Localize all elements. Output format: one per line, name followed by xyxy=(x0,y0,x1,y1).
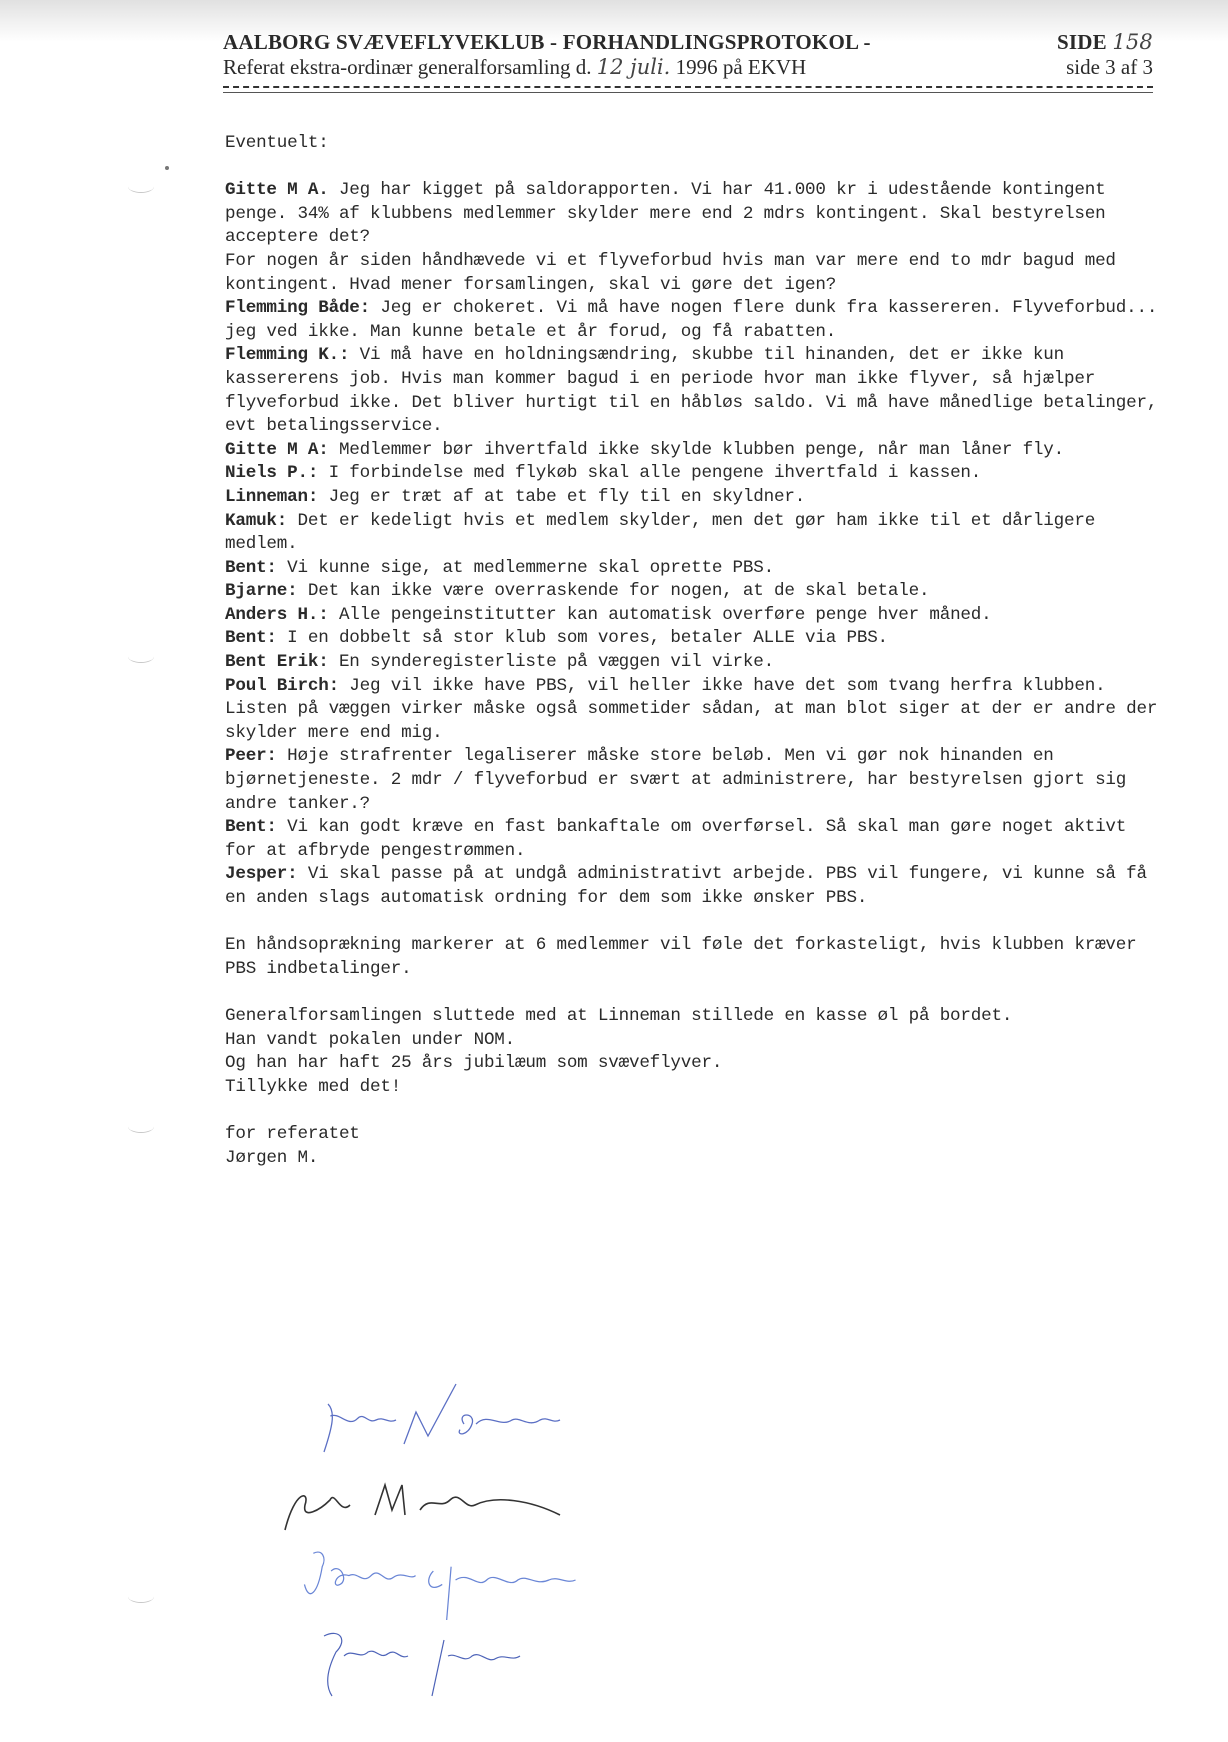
discussion-entry: Jesper: Vi skal passe på at undgå admini… xyxy=(225,863,1165,910)
page-side: SIDE 158 xyxy=(1057,30,1153,55)
entry-text: Jeg vil ikke have PBS, vil heller ikke h… xyxy=(339,676,1106,696)
signature-2 xyxy=(280,1460,640,1540)
entry-text: Vi kan godt kræve en fast bankaftale om … xyxy=(225,817,1126,861)
speaker-name: Niels P.: xyxy=(225,463,318,483)
speaker-name: Bjarne: xyxy=(225,581,298,601)
speaker-name: Bent: xyxy=(225,628,277,648)
entry-text: Jeg har kigget på saldorapporten. Vi har… xyxy=(225,180,1105,247)
closing-line: Han vandt pokalen under NOM. xyxy=(225,1029,1165,1053)
handwritten-date: 12 juli. xyxy=(597,55,671,79)
minutes-body: Eventuelt: Gitte M A. Jeg har kigget på … xyxy=(225,132,1165,1170)
handwritten-page-number: 158 xyxy=(1112,30,1153,54)
entry-text: En synderegisterliste på væggen vil virk… xyxy=(329,652,774,672)
punch-hole-mark xyxy=(128,1590,154,1603)
closing-line: Generalforsamlingen sluttede med at Linn… xyxy=(225,1005,1165,1029)
closing-line: Og han har haft 25 års jubilæum som svæv… xyxy=(225,1052,1165,1076)
discussion-entries: Gitte M A. Jeg har kigget på saldorappor… xyxy=(225,179,1165,910)
speaker-name: Poul Birch: xyxy=(225,676,339,696)
speaker-name: Kamuk: xyxy=(225,511,287,531)
entry-text: Det kan ikke være overraskende for nogen… xyxy=(298,581,930,601)
signoff-label: for referatet xyxy=(225,1123,1165,1147)
discussion-entry: Bent: I en dobbelt så stor klub som vore… xyxy=(225,627,1165,651)
entry-text: For nogen år siden håndhævede vi et flyv… xyxy=(225,251,1116,295)
protocol-title: AALBORG SVÆVEFLYVEKLUB - FORHANDLINGSPRO… xyxy=(223,30,871,55)
discussion-entry: Peer: Høje strafrenter legaliserer måske… xyxy=(225,745,1165,816)
signature-1 xyxy=(280,1380,640,1460)
discussion-entry: Gitte M A: Medlemmer bør ihvertfald ikke… xyxy=(225,439,1165,463)
discussion-entry: Anders H.: Alle pengeinstitutter kan aut… xyxy=(225,604,1165,628)
discussion-entry: Kamuk: Det er kedeligt hvis et medlem sk… xyxy=(225,510,1165,557)
discussion-entry: Flemming K.: Vi må have en holdningsændr… xyxy=(225,344,1165,438)
discussion-entry: Bent Erik: En synderegisterliste på vægg… xyxy=(225,651,1165,675)
entry-text: Vi må have en holdningsændring, skubbe t… xyxy=(225,345,1157,436)
page-header: AALBORG SVÆVEFLYVEKLUB - FORHANDLINGSPRO… xyxy=(223,30,1153,93)
speaker-name: Gitte M A. xyxy=(225,180,329,200)
scan-speck xyxy=(165,166,169,170)
speaker-name: Bent: xyxy=(225,558,277,578)
speaker-name: Flemming Både: xyxy=(225,298,370,318)
speaker-name: Bent: xyxy=(225,817,277,837)
punch-hole-mark xyxy=(128,650,154,663)
entry-text: I forbindelse med flykøb skal alle penge… xyxy=(318,463,981,483)
entry-text: Høje strafrenter legaliserer måske store… xyxy=(225,746,1126,813)
entry-text: Alle pengeinstitutter kan automatisk ove… xyxy=(329,605,992,625)
page-count: side 3 af 3 xyxy=(1066,55,1153,80)
discussion-entry: Bent: Vi kunne sige, at medlemmerne skal… xyxy=(225,557,1165,581)
speaker-name: Peer: xyxy=(225,746,277,766)
discussion-entry: Niels P.: I forbindelse med flykøb skal … xyxy=(225,462,1165,486)
speaker-name: Bent Erik: xyxy=(225,652,329,672)
closing-paragraph: Generalforsamlingen sluttede med at Linn… xyxy=(225,1005,1165,1099)
signature-4 xyxy=(280,1620,640,1700)
section-title: Eventuelt: xyxy=(225,132,1165,156)
discussion-entry: For nogen år siden håndhævede vi et flyv… xyxy=(225,250,1165,297)
signature-3 xyxy=(280,1540,640,1620)
speaker-name: Anders H.: xyxy=(225,605,329,625)
entry-text: I en dobbelt så stor klub som vores, bet… xyxy=(277,628,888,648)
meeting-subtitle: Referat ekstra-ordinær generalforsamling… xyxy=(223,55,806,80)
speaker-name: Gitte M A: xyxy=(225,440,329,460)
discussion-entry: Gitte M A. Jeg har kigget på saldorappor… xyxy=(225,179,1165,250)
discussion-entry: Bent: Vi kan godt kræve en fast bankafta… xyxy=(225,816,1165,863)
discussion-entry: Poul Birch: Jeg vil ikke have PBS, vil h… xyxy=(225,675,1165,699)
entry-text: Det er kedeligt hvis et medlem skylder, … xyxy=(225,511,1095,555)
discussion-entry: Bjarne: Det kan ikke være overraskende f… xyxy=(225,580,1165,604)
entry-text: Medlemmer bør ihvertfald ikke skylde klu… xyxy=(329,440,1064,460)
entry-text: Vi skal passe på at undgå administrativt… xyxy=(225,864,1147,908)
punch-hole-mark xyxy=(128,1120,154,1133)
entry-text: Listen på væggen virker måske også somme… xyxy=(225,699,1157,743)
discussion-entry: Flemming Både: Jeg er chokeret. Vi må ha… xyxy=(225,297,1165,344)
header-divider xyxy=(223,86,1153,93)
closing-line: Tillykke med det! xyxy=(225,1076,1165,1100)
speaker-name: Jesper: xyxy=(225,864,298,884)
speaker-name: Flemming K.: xyxy=(225,345,349,365)
signatures-block xyxy=(280,1380,640,1720)
discussion-entry: Linneman: Jeg er træt af at tabe et fly … xyxy=(225,486,1165,510)
vote-paragraph: En håndsoprækning markerer at 6 medlemme… xyxy=(225,934,1165,981)
entry-text: Jeg er træt af at tabe et fly til en sky… xyxy=(318,487,805,507)
punch-hole-mark xyxy=(128,180,154,193)
speaker-name: Linneman: xyxy=(225,487,318,507)
discussion-entry: Listen på væggen virker måske også somme… xyxy=(225,698,1165,745)
entry-text: Vi kunne sige, at medlemmerne skal opret… xyxy=(277,558,774,578)
signoff-name: Jørgen M. xyxy=(225,1147,1165,1171)
